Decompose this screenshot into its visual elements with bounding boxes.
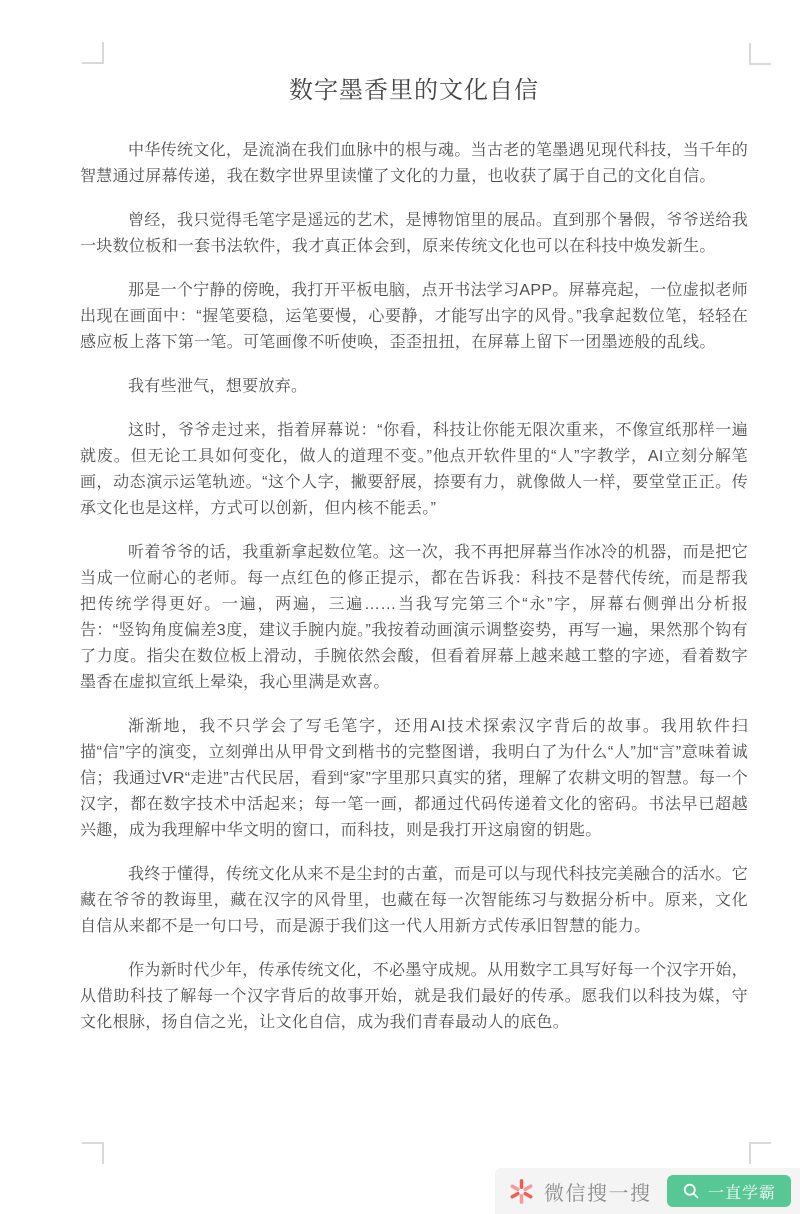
document-page: 数字墨香里的文化自信 中华传统文化，是流淌在我们血脉中的根与魂。当古老的笔墨遇见… [80,74,748,1054]
search-button[interactable]: 一直学霸 [667,1175,791,1207]
paragraph-5: 这时，爷爷走过来，指着屏幕说：“你看，科技让你能无限次重来，不像宣纸那样一遍就废… [80,418,748,522]
paragraph-2: 曾经，我只觉得毛笔字是遥远的艺术，是博物馆里的展品。直到那个暑假，爷爷送给我一块… [80,208,748,260]
document-body: 中华传统文化，是流淌在我们血脉中的根与魂。当古老的笔墨遇见现代科技，当千年的智慧… [80,138,748,1036]
crop-mark-top-left [82,42,104,64]
wechat-search-label: 微信搜一搜 [544,1177,652,1206]
search-magnifier-icon [682,1182,700,1200]
watermark-bar: 微信搜一搜 一直学霸 [495,1168,800,1214]
paragraph-1: 中华传统文化，是流淌在我们血脉中的根与魂。当古老的笔墨遇见现代科技，当千年的智慧… [80,138,748,190]
paragraph-9: 作为新时代少年，传承传统文化，不必墨守成规。从用数字工具写好每一个汉字开始，从借… [80,958,748,1036]
crop-mark-top-right [749,43,771,65]
crop-mark-bottom-right [749,1142,771,1164]
paragraph-8: 我终于懂得，传统文化从来不是尘封的古董，而是可以与现代科技完美融合的活水。它藏在… [80,862,748,940]
wechat-search-spark-icon [508,1178,535,1205]
document-title: 数字墨香里的文化自信 [80,74,748,108]
paragraph-3: 那是一个宁静的傍晚，我打开平板电脑，点开书法学习APP。屏幕亮起，一位虚拟老师出… [80,278,748,356]
search-button-label: 一直学霸 [708,1180,776,1203]
crop-mark-bottom-left [82,1142,104,1164]
paragraph-7: 渐渐地，我不只学会了写毛笔字，还用AI技术探索汉字背后的故事。我用软件扫描“信”… [80,714,748,844]
paragraph-6: 听着爷爷的话，我重新拿起数位笔。这一次，我不再把屏幕当作冰冷的机器，而是把它当成… [80,540,748,696]
paragraph-4: 我有些泄气，想要放弃。 [80,374,748,400]
